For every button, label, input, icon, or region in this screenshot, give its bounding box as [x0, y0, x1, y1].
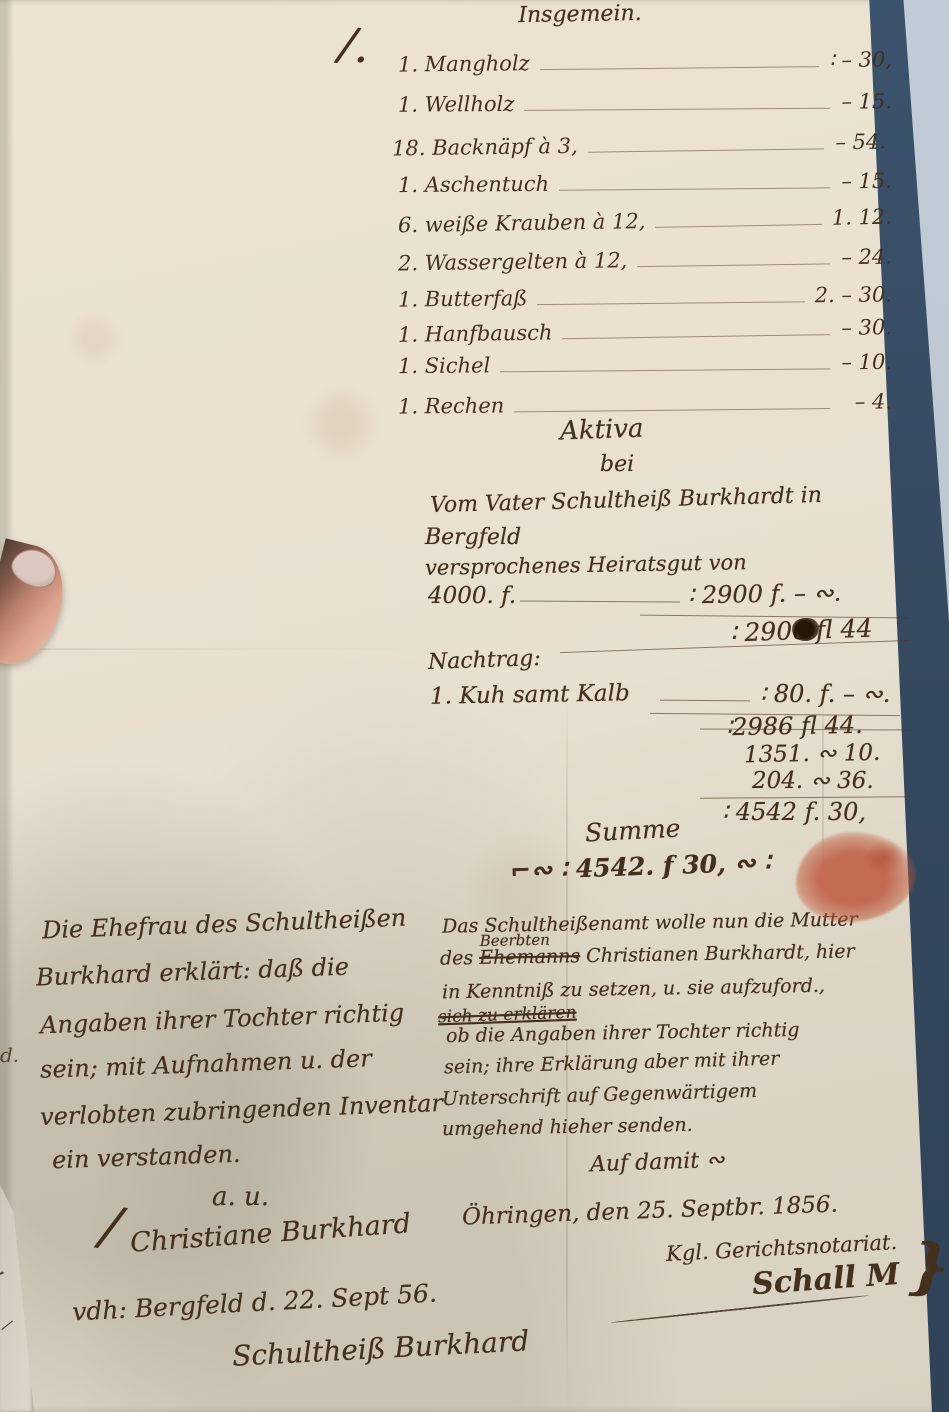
margin-fragment: d.: [0, 1043, 19, 1067]
signature-flourish: }: [908, 1231, 949, 1303]
aktiva-line: Bergfeld: [425, 525, 521, 550]
leader-line: [537, 286, 805, 305]
right-note-text: des: [440, 947, 480, 970]
inventory-row: 1. Aschentuch– 15.: [398, 169, 892, 197]
inventory-row: 1. Sichel– 10.: [398, 350, 892, 378]
item-label: 1. Mangholz: [398, 51, 530, 76]
nachtrag-value: ∶ 80. f. – ∾.: [760, 680, 890, 708]
item-value: – 30.: [840, 315, 892, 340]
summe-label: Summe: [584, 814, 681, 848]
inserted-word: Beerbten: [480, 931, 550, 950]
nachtrag-heading: Nachtrag:: [428, 646, 542, 675]
fold-crease-vertical: [566, 690, 568, 1412]
item-value: – 54.: [834, 130, 886, 155]
subtotal: ∶2986 fl 44.: [726, 711, 863, 741]
item-value: – 15.: [840, 169, 892, 193]
subtotal: 204. ∾ 36.: [752, 768, 874, 794]
aktiva-heading: Aktiva: [560, 414, 644, 447]
item-label: 6. weiße Krauben à 12,: [398, 209, 646, 237]
leader-line: [514, 393, 830, 412]
item-value: 1. 12.: [832, 205, 893, 230]
subtotal: 1351. ∾ 10.: [744, 740, 881, 768]
attestation-mark: a. u.: [212, 1182, 269, 1212]
item-value: – 15.: [840, 89, 892, 113]
leader-line: [637, 248, 830, 267]
item-value: – 4.: [840, 389, 892, 414]
principal-amount: 4000. f.: [428, 583, 516, 609]
item-label: 18. Backnäpf à 3,: [392, 134, 578, 161]
item-value: – 24.: [840, 245, 892, 270]
grand-subtotal: ∶ 4542 f. 30,: [722, 798, 866, 826]
margin-fragment: ⸝: [0, 1300, 13, 1336]
red-seal-stain-edge: [865, 840, 905, 874]
item-label: 1. Hanfbausch: [398, 320, 553, 346]
item-value: 2. – 30.: [815, 282, 893, 307]
item-value: – 10.: [840, 350, 892, 374]
item-label: 2. Wassergelten à 12,: [398, 248, 628, 275]
leader-line: [540, 51, 820, 70]
inventory-row: 1. Wellholz– 15.: [398, 89, 892, 116]
aktiva-subheading: bei: [600, 452, 634, 477]
leader-line: [559, 172, 830, 190]
right-note-line: umgehend hieher senden.: [442, 1114, 693, 1140]
leader-line: [500, 353, 830, 372]
principal-value: ∶ 2900 f. – ∾.: [688, 579, 842, 610]
closing-phrase: Auf damit ∾: [590, 1148, 725, 1178]
leader-line: [562, 319, 830, 339]
item-label: 1. Butterfaß: [398, 286, 528, 311]
item-label: 1. Aschentuch: [398, 172, 549, 197]
item-value: ∶ – 30,: [829, 47, 892, 72]
nachtrag-item: 1. Kuh samt Kalb: [430, 680, 630, 709]
leader-line: [588, 133, 825, 152]
leader-line: [655, 209, 822, 228]
leader-line: [524, 93, 830, 111]
fold-crease-horizontal: [0, 648, 430, 650]
photograph-of-document: Insgemein. ∕. 1. Mangholz∶ – 30, 1. Well…: [0, 0, 949, 1412]
item-label: 1. Sichel: [398, 353, 490, 378]
item-label: 1. Rechen: [398, 393, 504, 418]
item-label: 1. Wellholz: [398, 92, 515, 117]
